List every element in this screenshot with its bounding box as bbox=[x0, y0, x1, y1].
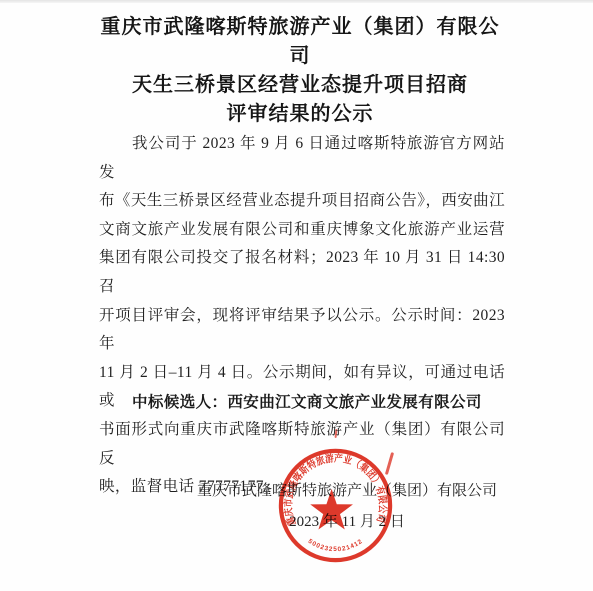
body-line: 集团有限公司投交了报名材料；2023 年 10 月 31 日 14:30 召 bbox=[99, 244, 505, 301]
official-seal: 重庆市武隆喀斯特旅游产业（集团）有限公司 5002325021412 bbox=[277, 447, 394, 564]
doc-title: 重庆市武隆喀斯特旅游产业（集团）有限公司 天生三桥景区经营业态提升项目招商 评审… bbox=[94, 13, 506, 129]
star-icon bbox=[310, 489, 353, 530]
winner-candidate-line: 中标候选人：西安曲江文商文旅产业发展有限公司 bbox=[99, 389, 505, 417]
announcement-paragraph: 我公司于 2023 年 9 月 6 日通过喀斯特旅游官方网站发 布《天生三桥景区… bbox=[99, 130, 505, 502]
body-line: 我公司于 2023 年 9 月 6 日通过喀斯特旅游官方网站发 bbox=[99, 130, 505, 187]
seal-code: 5002325021412 bbox=[307, 538, 365, 553]
doc-title-line-3: 评审结果的公示 bbox=[94, 100, 506, 129]
body-line: 文商文旅产业发展有限公司和重庆博象文化旅游产业运营 bbox=[99, 216, 505, 245]
official-seal-graphic: 重庆市武隆喀斯特旅游产业（集团）有限公司 5002325021412 bbox=[277, 447, 394, 564]
body-line: 布《天生三桥景区经营业态提升项目招商公告》，西安曲江 bbox=[99, 187, 505, 216]
document-page: 重庆市武隆喀斯特旅游产业（集团）有限公司 天生三桥景区经营业态提升项目招商 评审… bbox=[0, 0, 593, 591]
doc-title-line-2: 天生三桥景区经营业态提升项目招商 bbox=[94, 71, 506, 100]
body-line: 开项目评审会，现将评审结果予以公示。公示时间：2023 年 bbox=[99, 302, 505, 359]
doc-title-line-1: 重庆市武隆喀斯特旅游产业（集团）有限公司 bbox=[94, 13, 506, 71]
